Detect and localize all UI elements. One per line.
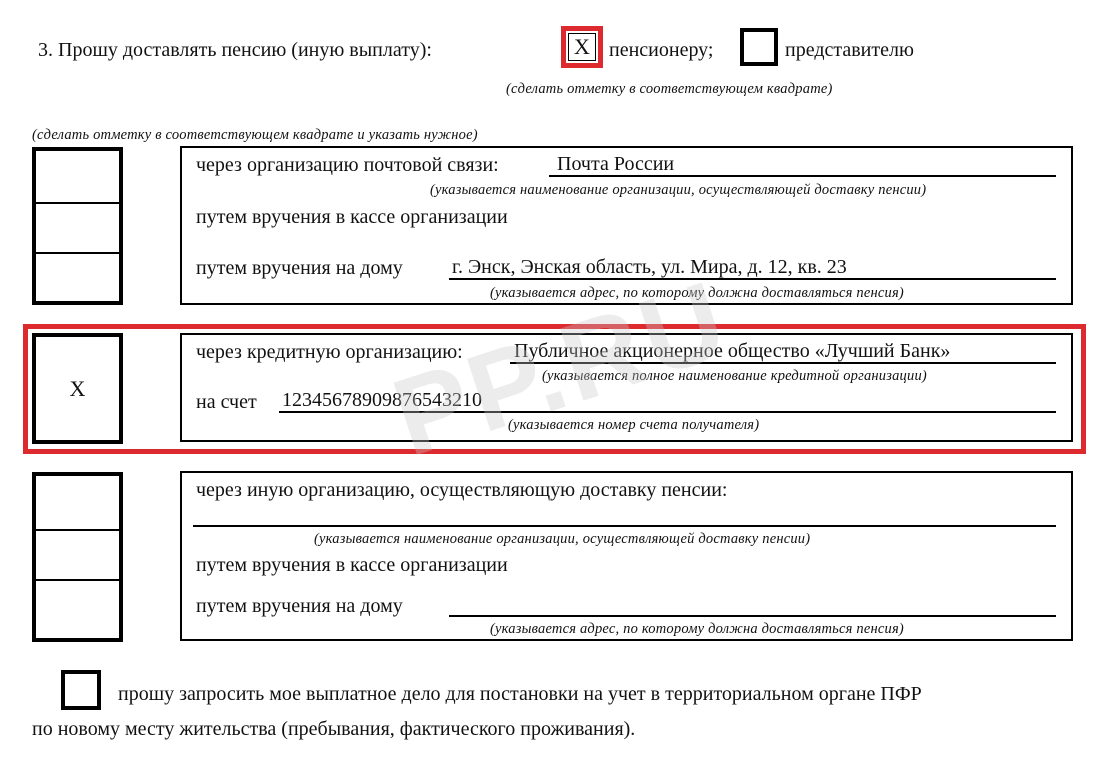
other-home-hint: (указывается адрес, по которому должна д…: [490, 622, 904, 637]
other-checkbox-stack: [32, 472, 123, 642]
other-home-line: [449, 615, 1056, 617]
postal-org-value[interactable]: Почта России: [557, 154, 674, 174]
transfer-line-2: по новому месту жительства (пребывания, …: [32, 719, 635, 739]
section-title: 3. Прошу доставлять пенсию (иную выплату…: [38, 40, 432, 60]
postal-home-hint: (указывается адрес, по которому должна д…: [490, 286, 904, 301]
postal-cashier-label: путем вручения в кассе организации: [196, 207, 508, 227]
postal-org-hint: (указывается наименование организации, о…: [430, 183, 926, 198]
transfer-line-1: прошу запросить мое выплатное дело для п…: [118, 684, 922, 704]
representative-label: представителю: [785, 40, 914, 60]
bank-org-hint: (указывается полное наименование кредитн…: [542, 369, 927, 384]
bank-account-value[interactable]: 12345678909876543210: [282, 390, 482, 410]
other-org-line: [193, 525, 1056, 527]
bank-account-label: на счет: [196, 392, 257, 412]
recipient-hint: (сделать отметку в соответствующем квадр…: [506, 82, 833, 97]
postal-checkbox-stack: [32, 147, 123, 305]
postal-home-value[interactable]: г. Энск, Энская область, ул. Мира, д. 12…: [452, 257, 847, 277]
transfer-checkbox[interactable]: [61, 670, 101, 710]
bank-org-line: [510, 362, 1056, 364]
postal-org-checkbox[interactable]: [36, 151, 119, 204]
postal-home-label: путем вручения на дому: [196, 258, 403, 278]
bank-account-line: [279, 411, 1056, 413]
other-home-label: путем вручения на дому: [196, 596, 403, 616]
other-cashier-checkbox[interactable]: [36, 531, 119, 581]
pensioner-checkbox[interactable]: X: [568, 33, 596, 61]
pensioner-label: пенсионеру;: [609, 40, 713, 60]
postal-cashier-checkbox[interactable]: [36, 204, 119, 254]
other-org-hint: (указывается наименование организации, о…: [314, 532, 810, 547]
highlight-pensioner: X: [561, 26, 603, 68]
bank-org-label: через кредитную организацию:: [196, 342, 463, 362]
bank-account-hint: (указывается номер счета получателя): [508, 418, 759, 433]
postal-org-line: [549, 175, 1056, 177]
other-cashier-label: путем вручения в кассе организации: [196, 555, 508, 575]
method-hint: (сделать отметку в соответствующем квадр…: [32, 128, 478, 143]
bank-org-value[interactable]: Публичное акционерное общество «Лучший Б…: [514, 341, 950, 361]
postal-home-checkbox[interactable]: [36, 254, 119, 301]
representative-checkbox[interactable]: [740, 28, 778, 66]
other-org-checkbox[interactable]: [36, 476, 119, 531]
postal-home-line: [449, 278, 1056, 280]
postal-org-label: через организацию почтовой связи:: [196, 155, 499, 175]
other-home-checkbox[interactable]: [36, 581, 119, 638]
bank-checkbox[interactable]: X: [32, 333, 123, 444]
other-org-label: через иную организацию, осуществляющую д…: [196, 480, 727, 500]
